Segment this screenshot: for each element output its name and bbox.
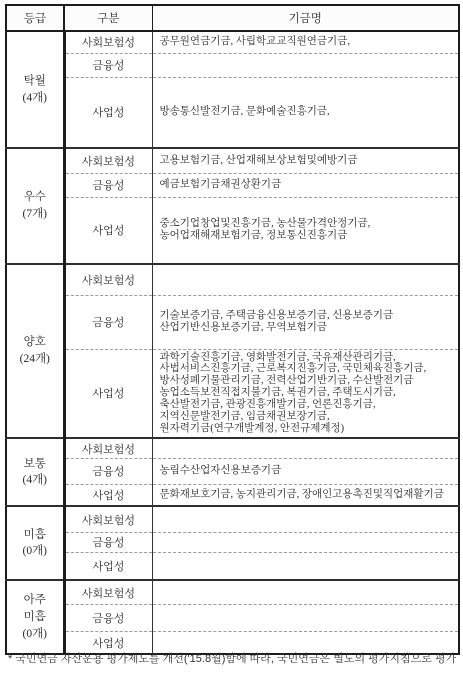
category-cell: 사회보험성 <box>64 438 152 458</box>
category-cell: 금융성 <box>64 295 152 349</box>
table-row: 아주 미흡 (0개) 사회보험성 <box>6 580 459 604</box>
category-cell: 사업성 <box>64 349 152 438</box>
table-row: 금융성 농림수산업자신용보증기금 <box>6 458 459 484</box>
grade-cell-miheup: 미흡 (0개) <box>6 506 64 580</box>
fund-grade-table: 등급 구분 기금명 탁월 (4개) 사회보험성 공무원연금기금, 사립학교교직원… <box>5 4 460 655</box>
grade-cell-takwol: 탁월 (4개) <box>6 31 64 148</box>
category-cell: 사회보험성 <box>64 506 152 532</box>
table-row: 금융성 예금보험기금채권상환기금 <box>6 173 459 197</box>
category-cell: 사회보험성 <box>64 31 152 53</box>
grade-cell-yangho: 양호 (24개) <box>6 264 64 438</box>
footnote: * 국민연금 자산운용 평가제도를 개선('15.8월)함에 따라, 국민연금은… <box>8 650 460 666</box>
table-row: 금융성 <box>6 53 459 77</box>
table-row: 금융성 기술보증기금, 주택금융신용보증기금, 신용보증기금 산업기반신용보증기… <box>6 295 459 349</box>
funds-cell <box>152 506 459 532</box>
funds-cell <box>152 604 459 631</box>
header-row: 등급 구분 기금명 <box>6 5 459 31</box>
funds-cell: 기술보증기금, 주택금융신용보증기금, 신용보증기금 산업기반신용보증기금, 무… <box>152 295 459 349</box>
funds-cell: 농림수산업자신용보증기금 <box>152 458 459 484</box>
category-cell: 사회보험성 <box>64 580 152 604</box>
category-cell: 사업성 <box>64 484 152 506</box>
table-row: 사업성 과학기술진흥기금, 영화발전기금, 국유재산관리기금, 사법서비스진흥기… <box>6 349 459 438</box>
col-header-grade: 등급 <box>6 5 64 31</box>
grade-cell-botong: 보통 (4개) <box>6 438 64 506</box>
col-header-fund-name: 기금명 <box>152 5 459 31</box>
category-cell: 금융성 <box>64 53 152 77</box>
table-row: 사업성 <box>6 552 459 580</box>
category-cell: 금융성 <box>64 173 152 197</box>
category-cell: 사업성 <box>64 552 152 580</box>
fund-grade-table-container: 등급 구분 기금명 탁월 (4개) 사회보험성 공무원연금기금, 사립학교교직원… <box>5 4 460 655</box>
table-row: 금융성 <box>6 532 459 552</box>
funds-cell <box>152 552 459 580</box>
category-cell: 금융성 <box>64 532 152 552</box>
col-header-category: 구분 <box>64 5 152 31</box>
table-row: 보통 (4개) 사회보험성 <box>6 438 459 458</box>
category-cell: 금융성 <box>64 458 152 484</box>
grade-cell-aju-miheup: 아주 미흡 (0개) <box>6 580 64 654</box>
table-row: 양호 (24개) 사회보험성 <box>6 264 459 295</box>
funds-cell <box>152 580 459 604</box>
funds-cell: 방송통신발전기금, 문화예술진흥기금, <box>152 77 459 148</box>
table-row: 우수 (7개) 사회보험성 고용보험기금, 산업재해보상보험및예방기금 <box>6 148 459 173</box>
funds-cell: 공무원연금기금, 사립학교교직원연금기금, <box>152 31 459 53</box>
table-row: 탁월 (4개) 사회보험성 공무원연금기금, 사립학교교직원연금기금, <box>6 31 459 53</box>
funds-cell: 중소기업창업및진흥기금, 농산물가격안정기금, 농어업재해재보험기금, 정보통신… <box>152 197 459 264</box>
table-row: 금융성 <box>6 604 459 631</box>
category-cell: 사업성 <box>64 197 152 264</box>
funds-cell <box>152 438 459 458</box>
category-cell: 사회보험성 <box>64 148 152 173</box>
category-cell: 사회보험성 <box>64 264 152 295</box>
category-cell: 금융성 <box>64 604 152 631</box>
table-row: 미흡 (0개) 사회보험성 <box>6 506 459 532</box>
table-row: 사업성 문화재보호기금, 농지관리기금, 장애인고용촉진및직업재활기금 <box>6 484 459 506</box>
funds-cell: 문화재보호기금, 농지관리기금, 장애인고용촉진및직업재활기금 <box>152 484 459 506</box>
funds-cell: 예금보험기금채권상환기금 <box>152 173 459 197</box>
category-cell: 사업성 <box>64 77 152 148</box>
funds-cell <box>152 264 459 295</box>
table-row: 사업성 중소기업창업및진흥기금, 농산물가격안정기금, 농어업재해재보험기금, … <box>6 197 459 264</box>
funds-cell: 고용보험기금, 산업재해보상보험및예방기금 <box>152 148 459 173</box>
funds-cell: 과학기술진흥기금, 영화발전기금, 국유재산관리기금, 사법서비스진흥기금, 근… <box>152 349 459 438</box>
funds-cell <box>152 532 459 552</box>
grade-cell-usu: 우수 (7개) <box>6 148 64 264</box>
funds-cell <box>152 53 459 77</box>
table-row: 사업성 방송통신발전기금, 문화예술진흥기금, <box>6 77 459 148</box>
